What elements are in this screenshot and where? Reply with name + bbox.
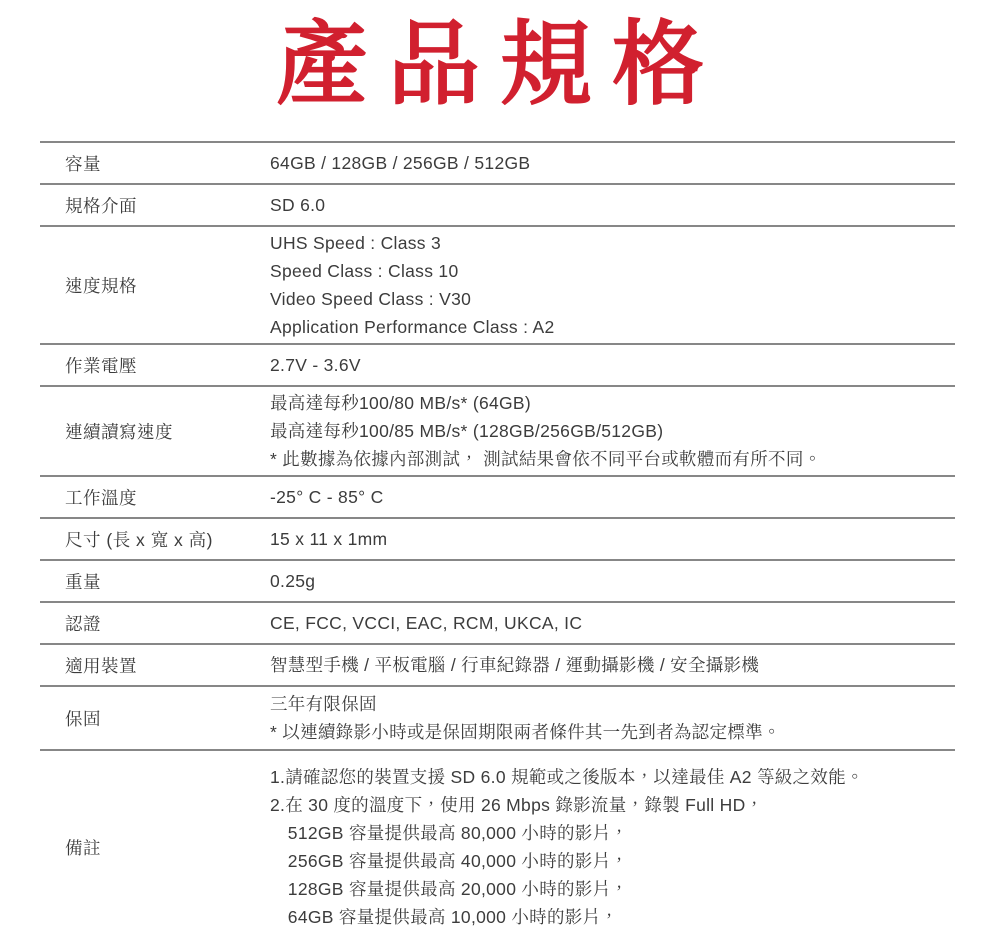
spec-label: 保固 [40,706,270,731]
spec-row: 重量0.25g [40,559,955,601]
spec-label: 重量 [40,569,270,594]
spec-value-line: * 此數據為依據內部測試， 測試結果會依不同平台或軟體而有所不同。 [270,445,955,473]
spec-value-line: 64GB / 128GB / 256GB / 512GB [270,149,955,177]
spec-value-line: 智慧型手機 / 平板電腦 / 行車紀錄器 / 運動攝影機 / 安全攝影機 [270,651,955,679]
spec-row: 尺寸 (長 x 寬 x 高)15 x 11 x 1mm [40,517,955,559]
spec-label: 適用裝置 [40,653,270,678]
spec-row: 保固三年有限保固* 以連續錄影小時或是保固期限兩者條件其一先到者為認定標準。 [40,685,955,749]
spec-value: 15 x 11 x 1mm [270,525,955,553]
spec-table: 容量64GB / 128GB / 256GB / 512GB規格介面SD 6.0… [40,141,955,931]
spec-value-line: 三年有限保固 [270,690,955,718]
spec-value-line: 512GB 容量提供最高 80,000 小時的影片， [270,819,955,847]
spec-label: 規格介面 [40,193,270,218]
spec-value-line: 2.在 30 度的溫度下，使用 26 Mbps 錄影流量，錄製 Full HD， [270,791,955,819]
spec-label: 尺寸 (長 x 寬 x 高) [40,527,270,552]
spec-row: 認證CE, FCC, VCCI, EAC, RCM, UKCA, IC [40,601,955,643]
spec-value-line: Speed Class : Class 10 [270,257,955,285]
spec-label: 工作溫度 [40,485,270,510]
spec-value: 64GB / 128GB / 256GB / 512GB [270,149,955,177]
spec-value-line: -25° C - 85° C [270,483,955,511]
spec-value: UHS Speed : Class 3Speed Class : Class 1… [270,229,955,341]
spec-value: CE, FCC, VCCI, EAC, RCM, UKCA, IC [270,609,955,637]
spec-label: 容量 [40,151,270,176]
spec-value: 最高達每秒100/80 MB/s* (64GB)最高達每秒100/85 MB/s… [270,389,955,473]
spec-value-line: 0.25g [270,567,955,595]
spec-value: 智慧型手機 / 平板電腦 / 行車紀錄器 / 運動攝影機 / 安全攝影機 [270,651,955,679]
spec-row: 備註1.請確認您的裝置支援 SD 6.0 規範或之後版本，以達最佳 A2 等級之… [40,749,955,931]
spec-row: 連續讀寫速度最高達每秒100/80 MB/s* (64GB)最高達每秒100/8… [40,385,955,475]
spec-value-line: SD 6.0 [270,191,955,219]
spec-value-line: 最高達每秒100/80 MB/s* (64GB) [270,389,955,417]
spec-value-line: * 以連續錄影小時或是保固期限兩者條件其一先到者為認定標準。 [270,718,955,746]
spec-value-line: 1.請確認您的裝置支援 SD 6.0 規範或之後版本，以達最佳 A2 等級之效能… [270,763,955,791]
spec-value: 1.請確認您的裝置支援 SD 6.0 規範或之後版本，以達最佳 A2 等級之效能… [270,763,955,931]
spec-row: 工作溫度-25° C - 85° C [40,475,955,517]
spec-value-line: Application Performance Class : A2 [270,313,955,341]
spec-value-line: UHS Speed : Class 3 [270,229,955,257]
spec-value-line: 256GB 容量提供最高 40,000 小時的影片， [270,847,955,875]
spec-value: -25° C - 85° C [270,483,955,511]
spec-row: 適用裝置智慧型手機 / 平板電腦 / 行車紀錄器 / 運動攝影機 / 安全攝影機 [40,643,955,685]
spec-row: 規格介面SD 6.0 [40,183,955,225]
spec-value-line: 最高達每秒100/85 MB/s* (128GB/256GB/512GB) [270,417,955,445]
spec-value: 2.7V - 3.6V [270,351,955,379]
spec-value-line: 64GB 容量提供最高 10,000 小時的影片， [270,903,955,931]
spec-row: 容量64GB / 128GB / 256GB / 512GB [40,141,955,183]
spec-label: 備註 [40,835,270,860]
spec-label: 作業電壓 [40,353,270,378]
spec-row: 作業電壓2.7V - 3.6V [40,343,955,385]
spec-value: SD 6.0 [270,191,955,219]
spec-row: 速度規格UHS Speed : Class 3Speed Class : Cla… [40,225,955,343]
spec-label: 連續讀寫速度 [40,419,270,444]
spec-value: 0.25g [270,567,955,595]
spec-value-line: Video Speed Class : V30 [270,285,955,313]
spec-value-line: 128GB 容量提供最高 20,000 小時的影片， [270,875,955,903]
page-title: 產品規格 [0,0,1000,118]
spec-value-line: 15 x 11 x 1mm [270,525,955,553]
product-spec-sheet: 產品規格 容量64GB / 128GB / 256GB / 512GB規格介面S… [0,0,1000,943]
spec-value-line: CE, FCC, VCCI, EAC, RCM, UKCA, IC [270,609,955,637]
spec-label: 認證 [40,611,270,636]
spec-label: 速度規格 [40,273,270,298]
spec-value: 三年有限保固* 以連續錄影小時或是保固期限兩者條件其一先到者為認定標準。 [270,690,955,746]
spec-value-line: 2.7V - 3.6V [270,351,955,379]
